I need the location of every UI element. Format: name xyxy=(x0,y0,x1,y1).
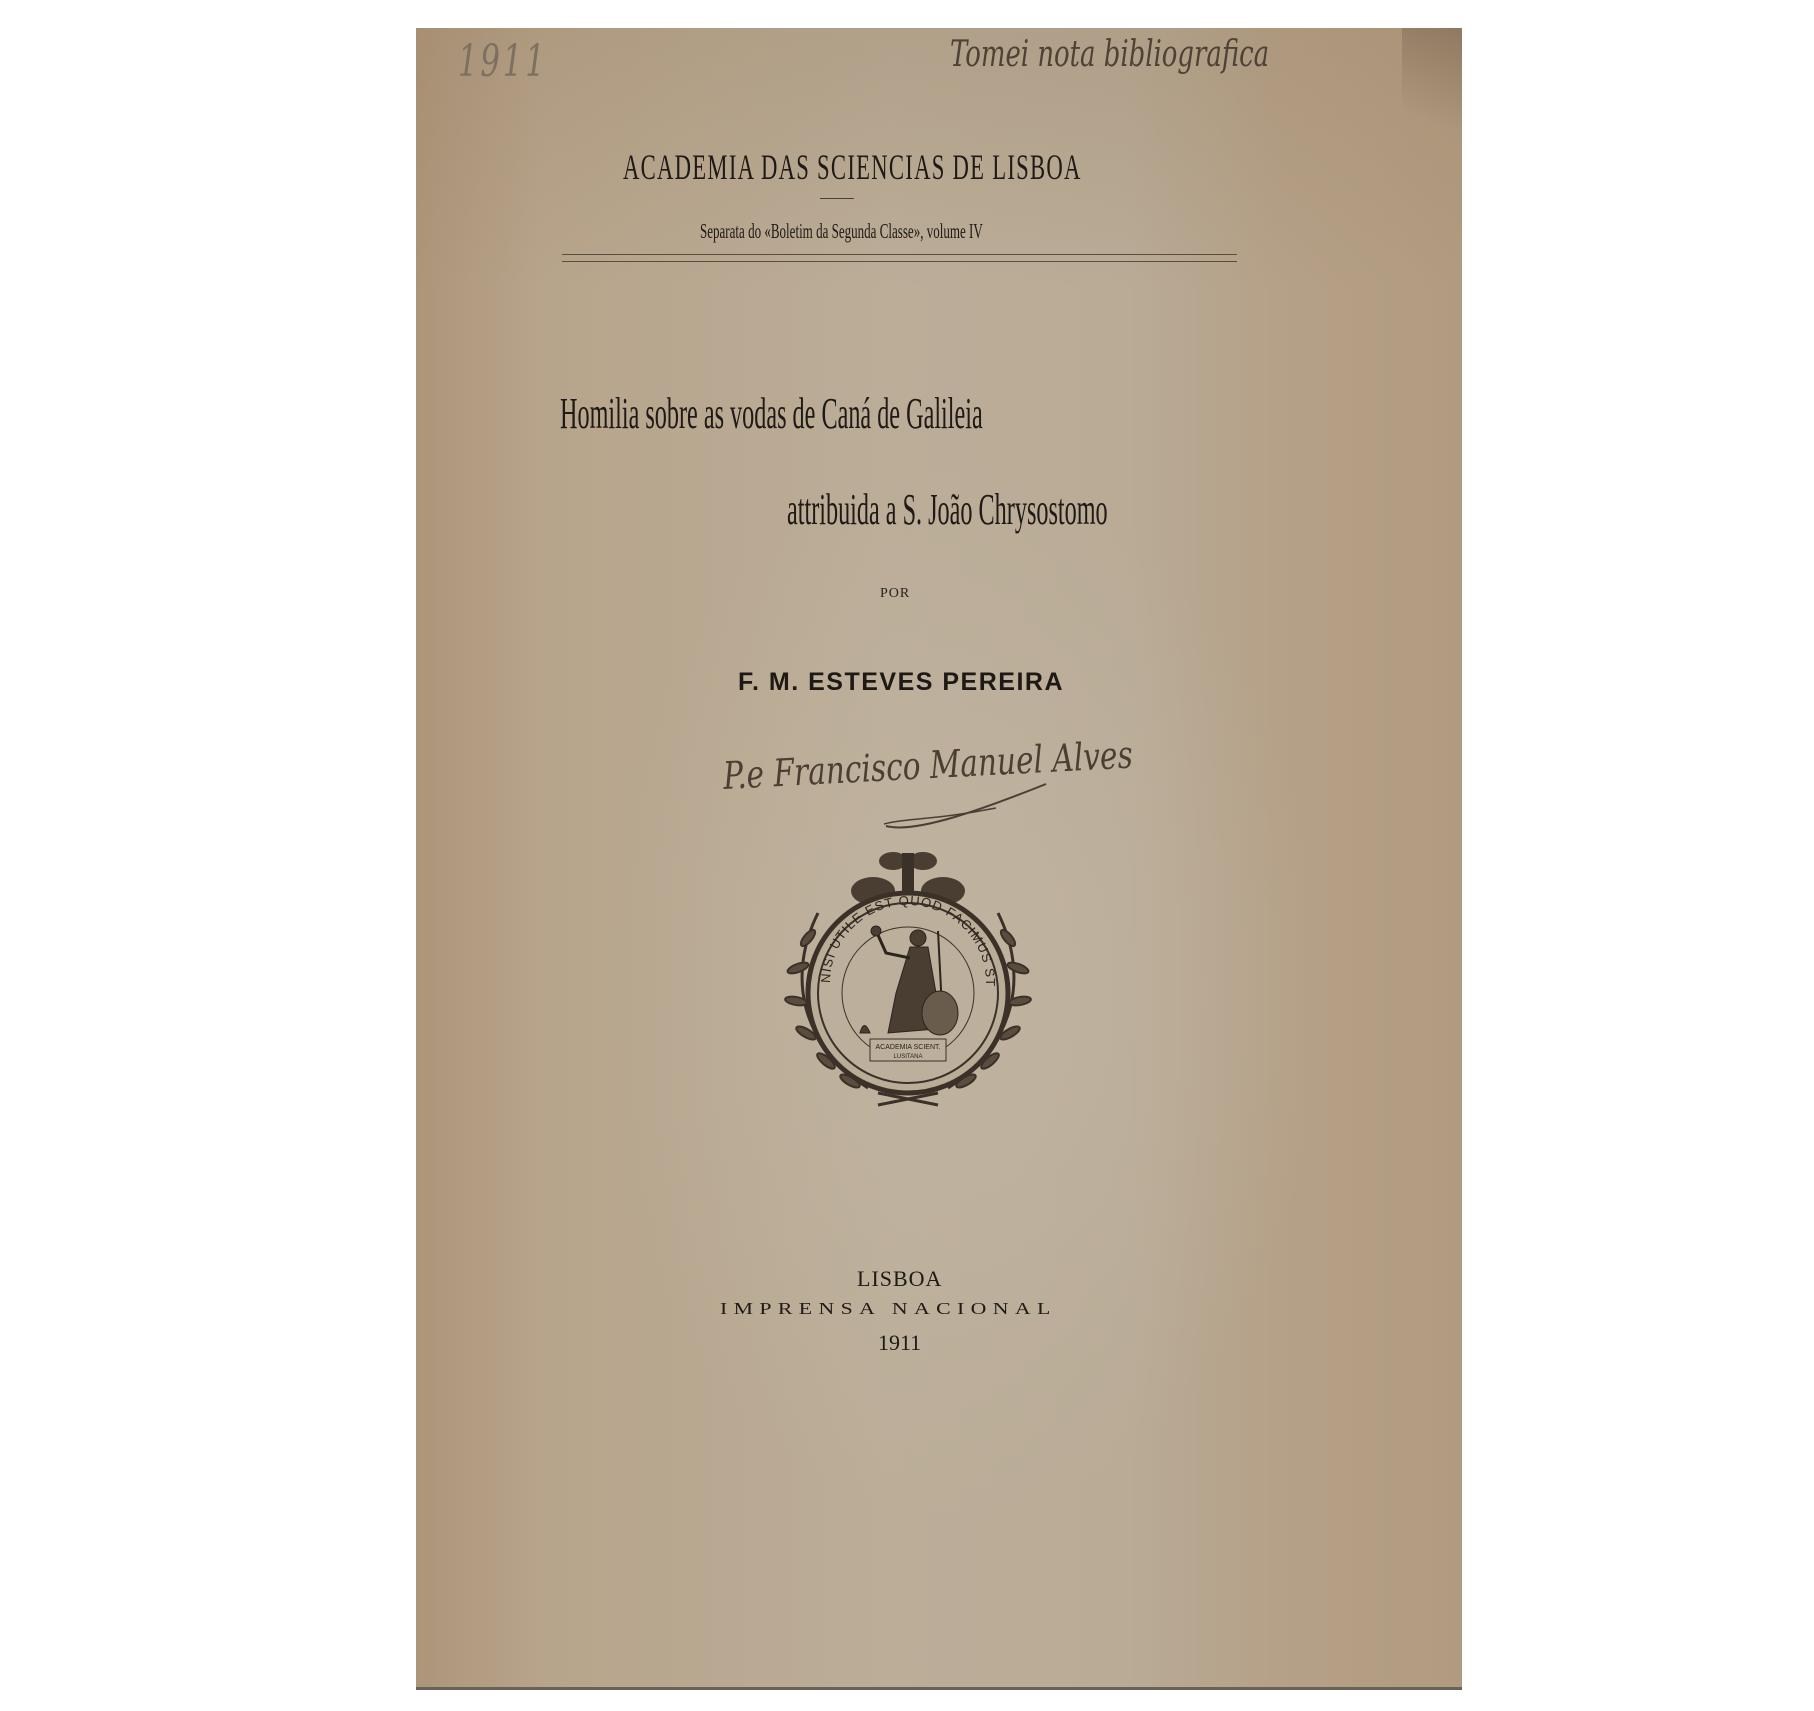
title-line-1: Homilia sobre as vodas de Caná de Galile… xyxy=(560,388,983,439)
heading-divider xyxy=(820,198,854,199)
document-page: 1911 Tomei nota bibliografica ACADEMIA D… xyxy=(416,28,1462,1690)
series-subtitle: Separata do «Boletim da Segunda Classe»,… xyxy=(700,219,983,244)
academy-seal-emblem-icon: NISI UTILE EST QUOD FACIMUS STULTA EST G… xyxy=(778,843,1038,1123)
page-corner-shadow xyxy=(1402,28,1462,138)
author-name: F. M. ESTEVES PEREIRA xyxy=(738,668,1064,697)
imprint-year: 1911 xyxy=(878,1330,921,1356)
title-line-2: attribuida a S. João Chrysostomo xyxy=(787,484,1108,535)
seal-banner-line-2: LUSITANA xyxy=(894,1054,923,1060)
header-double-rule xyxy=(562,254,1237,262)
seal-banner-line-1: ACADEMIA SCIENT. xyxy=(876,1044,941,1051)
pencil-year-annotation: 1911 xyxy=(458,36,548,87)
signature-flourish-icon xyxy=(876,768,1056,838)
handwritten-note: Tomei nota bibliografica xyxy=(950,34,1269,75)
byline-prefix: POR xyxy=(880,586,910,602)
institution-heading: ACADEMIA DAS SCIENCIAS DE LISBOA xyxy=(623,146,1082,188)
imprint-press: IMPRENSA NACIONAL xyxy=(720,1299,1057,1319)
imprint-city: LISBOA xyxy=(857,1266,942,1292)
